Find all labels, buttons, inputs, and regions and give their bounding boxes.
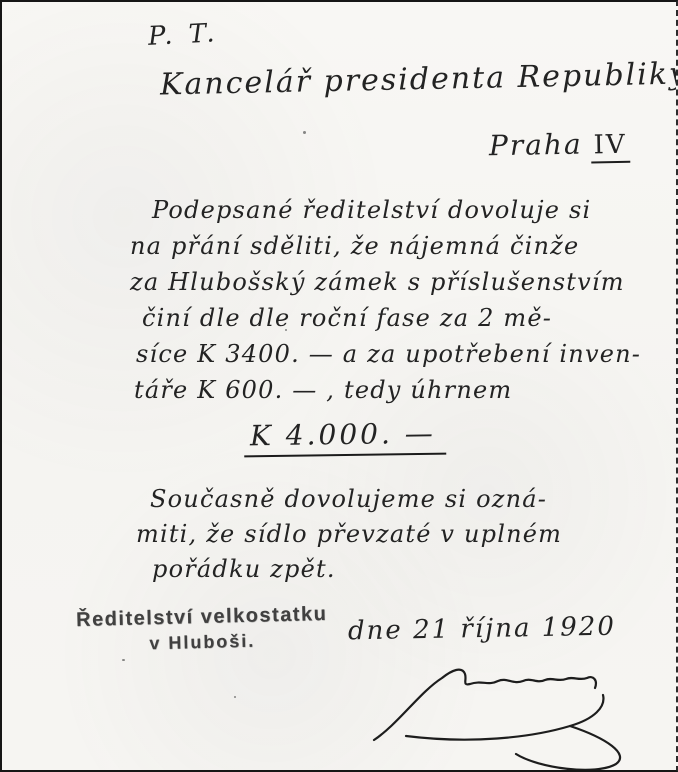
date-line: dne 21 října 1920 (348, 612, 616, 647)
scan-speck (303, 131, 306, 134)
body1-line-6: táře K 600. — , tedy úhrnem (134, 372, 641, 408)
scanned-letter-page: P. T. Kancelář presidenta Republiky Prah… (0, 0, 678, 772)
signature-flourish (370, 654, 670, 772)
office-stamp: Ředitelství velkostatku v Hluboši. (51, 602, 352, 656)
stamp-line-1: Ředitelství velkostatku (51, 602, 351, 632)
body1-line-1: Podepsané ředitelství dovoluje si (152, 192, 641, 228)
body-paragraph-2: Současně dovolujeme si ozná- miti, že sí… (150, 482, 562, 587)
recipient-line: Kancelář presidenta Republiky (160, 56, 678, 102)
scan-speck (122, 659, 125, 661)
body-paragraph-1: Podepsané ředitelství dovoluje si na přá… (130, 192, 641, 408)
total-amount: K 4.000. — (244, 417, 446, 458)
body2-line-2: miti, že sídlo převzaté v uplném (136, 517, 562, 552)
body2-line-3: pořádku zpět. (152, 552, 562, 587)
signature-icon (370, 654, 670, 772)
body1-line-2: na přání sděliti, že nájemná činže (130, 228, 641, 264)
body1-line-5: síce K 3400. — a za upotřebení inven- (136, 336, 641, 372)
body2-line-1: Současně dovolujeme si ozná- (150, 482, 562, 517)
scan-speck (285, 329, 287, 331)
body1-line-3: za Hlubošský zámek s příslušenstvím (130, 264, 641, 300)
place-district: IV (590, 130, 630, 164)
salutation: P. T. (147, 18, 219, 52)
place-city: Praha (489, 128, 583, 163)
body1-line-4: činí dle dle roční fase za 2 mě- (142, 300, 641, 336)
scan-speck (234, 696, 236, 698)
place-line: PrahaIV (489, 127, 630, 165)
stamp-line-2: v Hluboši. (52, 628, 352, 656)
